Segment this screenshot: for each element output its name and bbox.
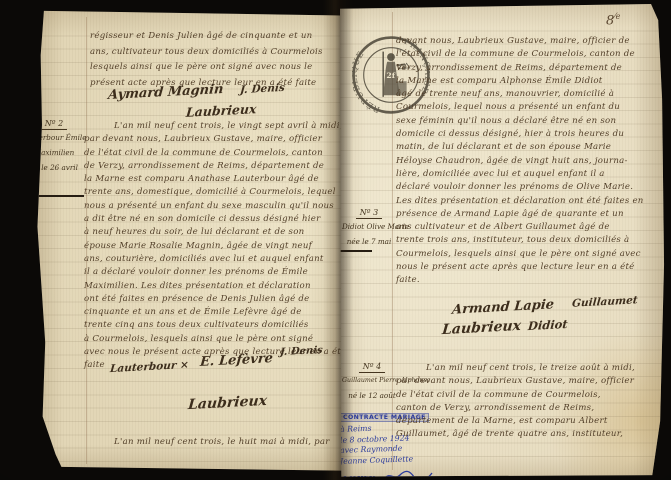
- act4-body-text: L'an mil neuf cent trois, le treize août…: [396, 362, 635, 442]
- manuscript-line: domicile ci dessus désigné, hier à trois…: [396, 128, 644, 141]
- left-page: régisseur et Denis Julien âgé de cinquan…: [18, 9, 342, 472]
- manuscript-line: déclaré vouloir donner les prénoms de Ol…: [396, 181, 644, 194]
- manuscript-line: épouse Marie Rosalie Magnin, âgée de vin…: [84, 240, 346, 253]
- manuscript-line: lesquels ainsi que le père ont signé ave…: [90, 60, 323, 76]
- manuscript-line: à neuf heures du soir, de lui déclarant …: [84, 226, 346, 239]
- stamp-value: 2f: [386, 71, 395, 80]
- manuscript-line: faite.: [396, 274, 644, 287]
- manuscript-line: Maximilien. Les dites présentation et dé…: [84, 280, 346, 293]
- margin-closing-bar-act2: [26, 195, 84, 197]
- margin-note-act3: Nº 3 Didiot Olive Marie née le 7 mai: [342, 200, 396, 249]
- manuscript-line: cinquante et un ans et de Émile Lefèvre …: [84, 306, 346, 319]
- manuscript-line: devant nous, Laubrieux Gustave, maire, o…: [396, 35, 644, 48]
- margin-closing-bar-act3: [340, 250, 372, 252]
- manuscript-line: par devant nous, Laubrieux Gustave, mair…: [396, 375, 635, 388]
- manuscript-line: de l'état civil de la commune de Courmel…: [396, 389, 635, 402]
- act2-name-line1: Lauterbour Émile: [22, 130, 86, 145]
- manuscript-line: la Marne est comparu Anathase Lauterbour…: [84, 173, 346, 186]
- manuscript-line: nous le présent acte après que lecture l…: [396, 261, 644, 274]
- folio-flourish: ⁄e: [614, 12, 620, 21]
- act3-body-text: devant nous, Laubrieux Gustave, maire, o…: [396, 35, 644, 288]
- act4-number: Nº 4: [359, 362, 385, 373]
- manuscript-line: a dit être né en son domicile ci dessus …: [84, 213, 346, 226]
- manuscript-line: département de la Marne, est comparu Alb…: [396, 415, 635, 428]
- manuscript-line: ont été faites en présence de Denis Juli…: [84, 293, 346, 306]
- manuscript-line: Courmelois, lequel nous a présenté un en…: [396, 101, 644, 114]
- act2-number: Nº 2: [41, 119, 67, 130]
- manuscript-line: âgé de trente neuf ans, manouvrier, domi…: [396, 88, 644, 101]
- marriage-stamp-signature-flourish-icon: [382, 469, 434, 480]
- manuscript-line: lière, domiciliée avec lui et auquel enf…: [396, 168, 644, 181]
- right-page: 8⁄e RÉPUBLIQUE FRANÇAISE: [340, 4, 666, 478]
- manuscript-line: Courmelois, lesquels ainsi que le père o…: [396, 248, 644, 261]
- manuscript-line: la Marne est comparu Alphonse Émile Didi…: [396, 75, 644, 88]
- manuscript-line: matin, de lui déclarant et de son épouse…: [396, 141, 644, 154]
- manuscript-line: l'état civil de la commune de Courmelois…: [396, 48, 644, 61]
- manuscript-line: Héloyse Chaudron, âgée de vingt huit ans…: [396, 155, 644, 168]
- margin-note-act2: Nº 2 Lauterbour Émile Maximilien né le 2…: [22, 111, 86, 175]
- act4-birthdate: né le 12 août: [342, 388, 402, 403]
- manuscript-line: ans, cultivateur tous deux domiciliés à …: [90, 45, 323, 61]
- manuscript-line: trente cinq ans tous deux cultivateurs d…: [84, 319, 346, 332]
- signature-j-denis-act1: J. Denis: [240, 82, 286, 96]
- manuscript-line: L'an mil neuf cent trois, le treize août…: [396, 362, 635, 375]
- manuscript-line: à Courmelois, lesquels ainsi que le père…: [84, 333, 346, 346]
- signature-laubrieux-act2: Laubrieux: [187, 393, 267, 413]
- registry-book-photo: régisseur et Denis Julien âgé de cinquan…: [0, 0, 671, 480]
- signature-didiot: Didiot: [527, 317, 568, 333]
- manuscript-line: régisseur et Denis Julien âgé de cinquan…: [90, 29, 323, 45]
- act4-name-line: Guillaumet Pierre Alphonse: [342, 373, 402, 388]
- signature-armand-lapie: Armand Lapie: [451, 297, 554, 317]
- act3-birthdate: née le 7 mai: [342, 234, 396, 249]
- signature-guillaumet-act3: Guillaumet: [572, 294, 639, 310]
- manuscript-line: nous a présenté un enfant du sexe mascul…: [84, 200, 346, 213]
- signature-laubrieux-act3: Laubrieux: [441, 318, 521, 338]
- marriage-stamp-clerk-label: LE GREFFIER: [340, 476, 376, 480]
- manuscript-line: canton de Verzy, arrondissement de Reims…: [396, 402, 635, 415]
- manuscript-line: Verzy, arrondissement de Reims, départem…: [396, 62, 644, 75]
- act3-opening-line: L'an mil neuf cent trois, le huit mai à …: [114, 437, 330, 447]
- stamp-arc-text-republique: RÉPUBLIQUE: [352, 49, 381, 114]
- manuscript-line: L'an mil neuf cent trois, le vingt sept …: [84, 120, 346, 133]
- manuscript-line: ans, couturière, domiciliés avec lui et …: [84, 253, 346, 266]
- svg-text:RÉPUBLIQUE: RÉPUBLIQUE: [352, 49, 381, 114]
- manuscript-line: il a déclaré vouloir donner les prénoms …: [84, 266, 346, 279]
- act3-number: Nº 3: [356, 208, 382, 219]
- act2-body-text: L'an mil neuf cent trois, le vingt sept …: [84, 120, 346, 373]
- signature-laubrieux-act1: Laubrieux: [185, 101, 257, 120]
- manuscript-line: sexe féminin qu'il nous a déclaré être n…: [396, 115, 644, 128]
- manuscript-line: trente ans, domestique, domicilié à Cour…: [84, 186, 346, 199]
- manuscript-line: présence de Armand Lapie âgé de quarante…: [396, 208, 644, 221]
- manuscript-line: par devant nous, Laubrieux Gustave, mair…: [84, 133, 346, 146]
- manuscript-line: de l'état civil de la commune de Courmel…: [84, 147, 346, 160]
- margin-note-act4: Nº 4 Guillaumet Pierre Alphonse né le 12…: [342, 354, 402, 403]
- manuscript-line: ans cultivateur et de Albert Guillaumet …: [396, 221, 644, 234]
- manuscript-line: trente trois ans, instituteur, tous deux…: [396, 234, 644, 247]
- act2-name-line2: Maximilien: [22, 145, 86, 160]
- act2-birthdate: né le 26 avril: [22, 160, 86, 175]
- manuscript-line: Les dites présentation et déclaration on…: [396, 195, 644, 208]
- folio-number: 8⁄e: [606, 12, 620, 28]
- act3-name-line: Didiot Olive Marie: [342, 219, 396, 234]
- manuscript-line: Guillaumet, âgé de trente quatre ans, in…: [396, 428, 635, 441]
- signature-j-denis-act2: J. Denis: [280, 345, 324, 358]
- manuscript-line: de Verzy, arrondissement de Reims, dépar…: [84, 160, 346, 173]
